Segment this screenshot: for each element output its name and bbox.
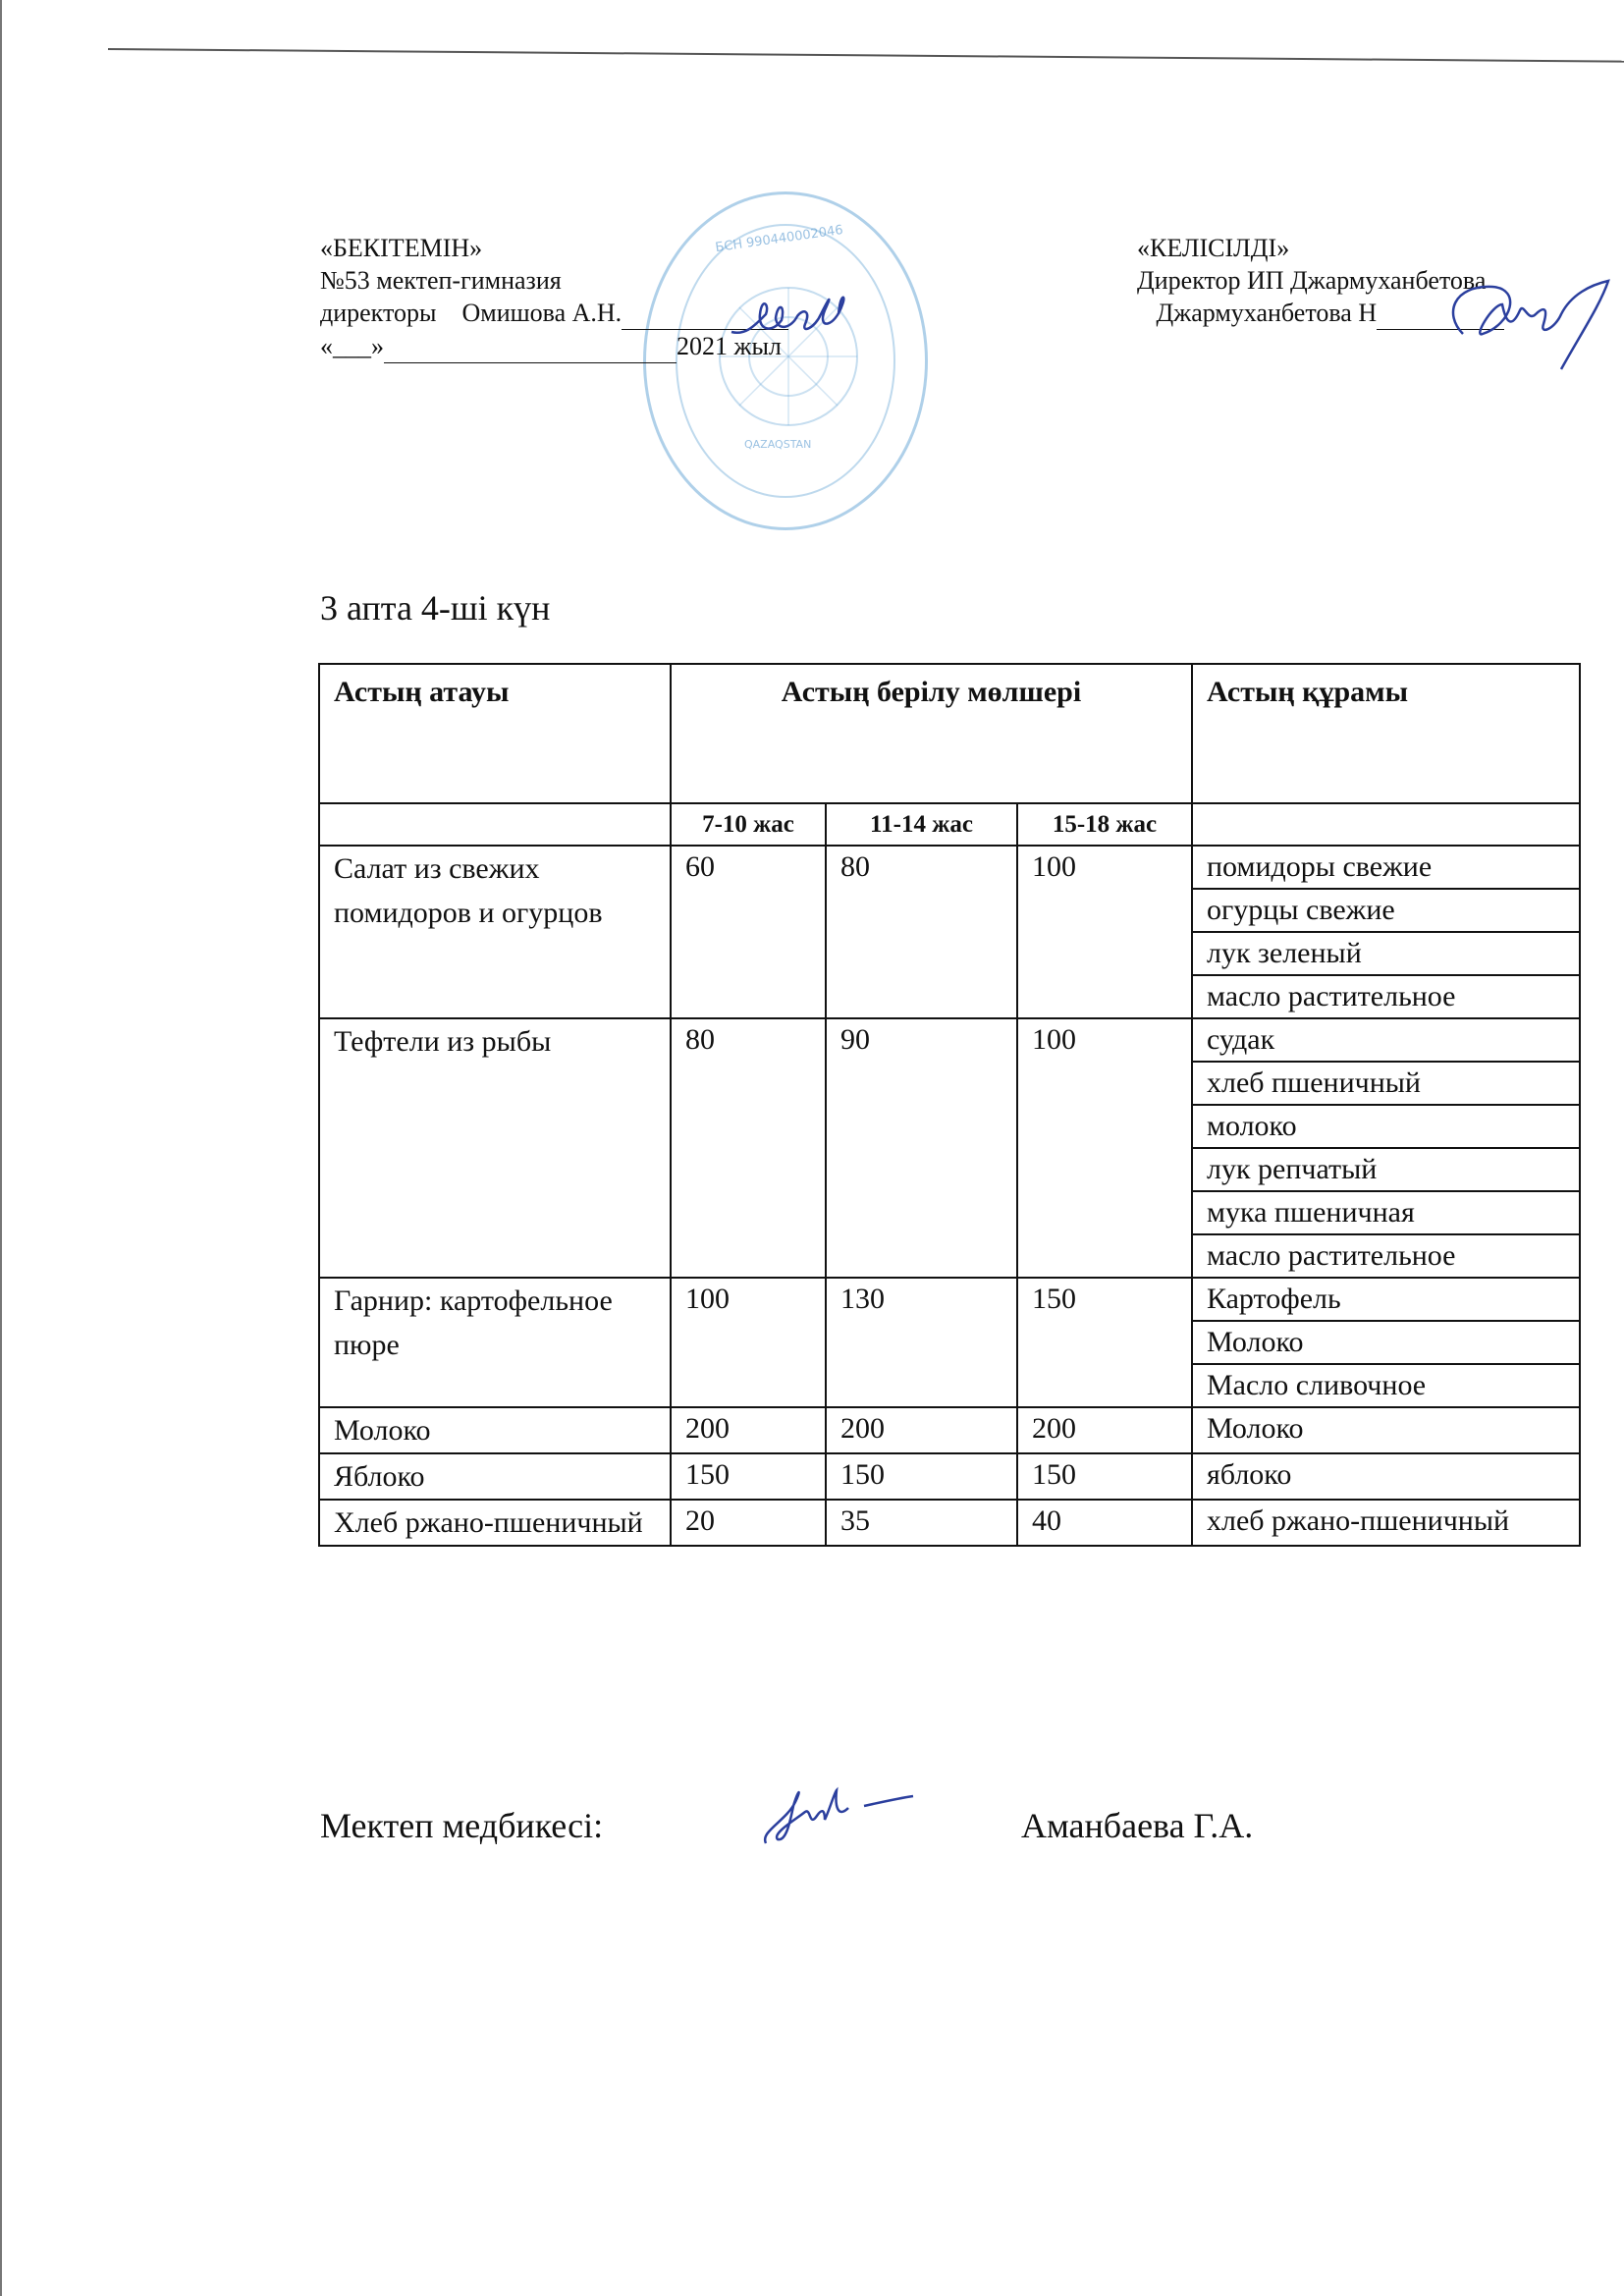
dish-name: Молоко [319, 1407, 671, 1453]
portion-value: 80 [826, 846, 1017, 1018]
portion-value: 40 [1017, 1500, 1192, 1546]
nurse-label: Мектеп медбикесі: [320, 1805, 603, 1846]
table-row: Молоко200200200Молоко [319, 1407, 1580, 1453]
header-empty [1192, 803, 1580, 846]
header-dish: Астың атауы [319, 664, 671, 803]
dish-name: Гарнир: картофельное пюре [319, 1278, 671, 1407]
portion-value: 200 [671, 1407, 826, 1453]
portion-value: 20 [671, 1500, 826, 1546]
portion-value: 130 [826, 1278, 1017, 1407]
agreement-title: «КЕЛІСІЛДІ» [1137, 232, 1504, 264]
page-title: 3 апта 4-ші күн [320, 587, 550, 629]
table-row: Тефтели из рыбы8090100судак [319, 1018, 1580, 1062]
table-header-row: Астың атауы Астың берілу мөлшері Астың қ… [319, 664, 1580, 803]
contractor-signature-icon [1434, 275, 1620, 373]
header-age-7-10: 7-10 жас [671, 803, 826, 846]
portion-value: 200 [1017, 1407, 1192, 1453]
header-empty [319, 803, 671, 846]
date-day-blank: «___» [320, 332, 384, 360]
ingredient: мука пшеничная [1192, 1191, 1580, 1234]
nurse-signature-icon [756, 1782, 923, 1851]
table-age-row: 7-10 жас 11-14 жас 15-18 жас [319, 803, 1580, 846]
agreement-name: Джармуханбетова Н [1157, 299, 1378, 327]
table-row: Салат из свежих помидоров и огурцов60801… [319, 846, 1580, 889]
header-portion: Астың берілу мөлшері [671, 664, 1192, 803]
portion-value: 150 [1017, 1278, 1192, 1407]
table-row: Яблоко150150150яблоко [319, 1453, 1580, 1500]
portion-value: 150 [826, 1453, 1017, 1500]
dish-name: Хлеб ржано-пшеничный [319, 1500, 671, 1546]
approval-signer: директоры Омишова А.Н. [320, 297, 788, 330]
date-blank-line [384, 330, 677, 363]
ingredient: хлеб ржано-пшеничный [1192, 1500, 1580, 1546]
ingredient: Масло сливочное [1192, 1364, 1580, 1407]
ingredient: лук зеленый [1192, 932, 1580, 975]
header-composition: Астың құрамы [1192, 664, 1580, 803]
ingredient: Молоко [1192, 1321, 1580, 1364]
portion-value: 100 [1017, 846, 1192, 1018]
portion-value: 200 [826, 1407, 1017, 1453]
ingredient: яблоко [1192, 1453, 1580, 1500]
ingredient: масло растительное [1192, 975, 1580, 1018]
portion-value: 90 [826, 1018, 1017, 1278]
header-rule [108, 48, 1624, 63]
table-row: Гарнир: картофельное пюре100130150Картоф… [319, 1278, 1580, 1321]
table-row: Хлеб ржано-пшеничный203540хлеб ржано-пше… [319, 1500, 1580, 1546]
menu-body: Салат из свежих помидоров и огурцов60801… [319, 846, 1580, 1546]
dish-name: Яблоко [319, 1453, 671, 1500]
portion-value: 80 [671, 1018, 826, 1278]
ingredient: лук репчатый [1192, 1148, 1580, 1191]
portion-value: 150 [671, 1453, 826, 1500]
ingredient: огурцы свежие [1192, 889, 1580, 932]
portion-value: 35 [826, 1500, 1017, 1546]
approval-name: Омишова А.Н. [461, 299, 622, 327]
menu-table: Астың атауы Астың берілу мөлшері Астың қ… [318, 663, 1581, 1547]
ingredient: молоко [1192, 1105, 1580, 1148]
approval-date: «___» 2021 жыл [320, 330, 788, 363]
director-signature-icon [727, 285, 874, 344]
header-age-11-14: 11-14 жас [826, 803, 1017, 846]
scan-edge [0, 0, 2, 2296]
dish-name: Салат из свежих помидоров и огурцов [319, 846, 671, 1018]
nurse-name: Аманбаева Г.А. [1021, 1805, 1253, 1846]
approval-position: директоры [320, 299, 436, 327]
portion-value: 60 [671, 846, 826, 1018]
approval-title: «БЕКІТЕМІН» [320, 232, 788, 264]
ingredient: масло растительное [1192, 1234, 1580, 1278]
portion-value: 100 [1017, 1018, 1192, 1278]
ingredient: хлеб пшеничный [1192, 1062, 1580, 1105]
ingredient: Картофель [1192, 1278, 1580, 1321]
portion-value: 100 [671, 1278, 826, 1407]
ingredient: помидоры свежие [1192, 846, 1580, 889]
dish-name: Тефтели из рыбы [319, 1018, 671, 1278]
portion-value: 150 [1017, 1453, 1192, 1500]
ingredient: судак [1192, 1018, 1580, 1062]
approval-block: «БЕКІТЕМІН» №53 мектеп-гимназия директор… [320, 232, 788, 363]
approval-org: №53 мектеп-гимназия [320, 264, 788, 297]
header-age-15-18: 15-18 жас [1017, 803, 1192, 846]
ingredient: Молоко [1192, 1407, 1580, 1453]
